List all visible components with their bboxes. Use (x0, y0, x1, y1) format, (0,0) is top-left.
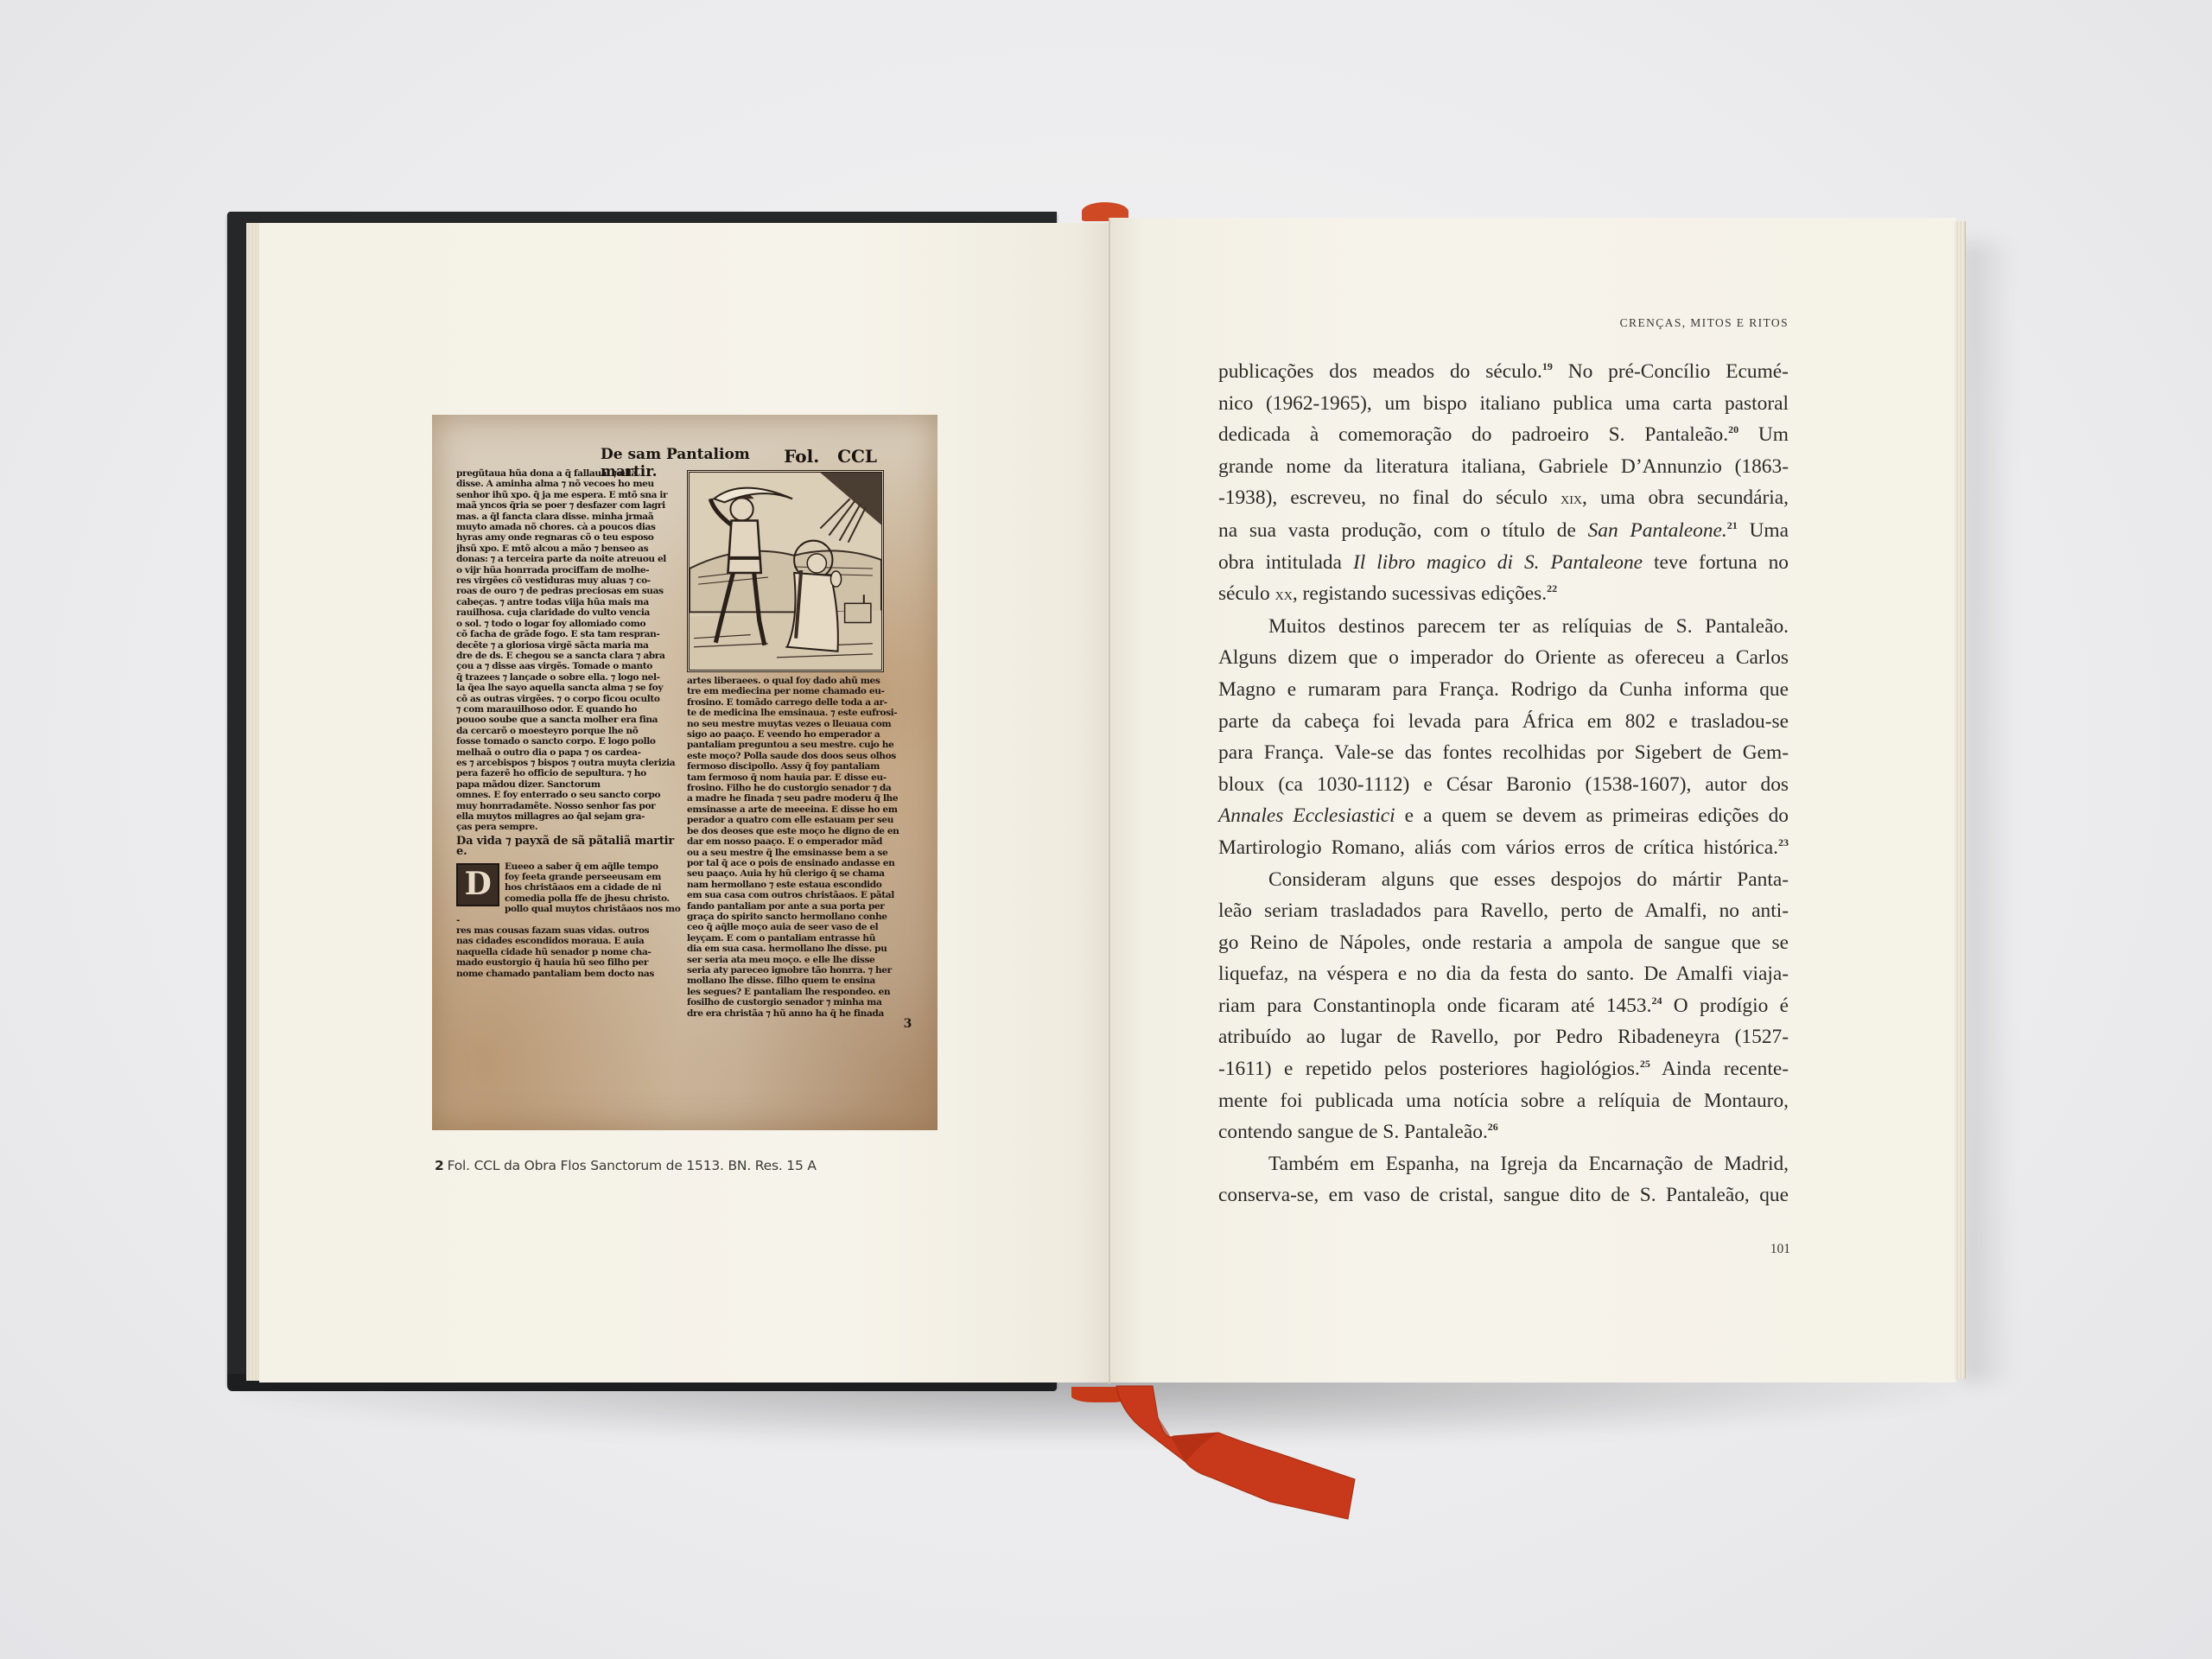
text-line: conserva-se, em vaso de cristal, sangue … (1218, 1179, 1789, 1211)
scan-text-line: pollo qual muytos christãaos nos mo- (456, 904, 683, 925)
text-line: Magno e rumaram para França. Rodrigo da … (1218, 674, 1789, 706)
text-run: contendo sangue de S. Pantaleão. (1218, 1121, 1488, 1143)
scan-text-line: es ⁊ arcebispos ⁊ bispos ⁊ outra muyta c… (456, 758, 683, 768)
text-line: parte da cabeça foi levada para África e… (1218, 706, 1789, 738)
text-run: -1611) e repetido pelos posteriores hagi… (1218, 1058, 1640, 1080)
text-line: Consideram alguns que esses despojos do … (1218, 864, 1789, 896)
scan-text-line: seu paaço. Auia hy hũ clerigo q̃ se cham… (687, 868, 912, 879)
scan-text-line: da cercarõ o moesteyro porque lhe nõ (456, 726, 683, 736)
text-run: Uma (1738, 519, 1789, 542)
text-run: Martirologio Romano, aliás com vários er… (1218, 836, 1778, 859)
scan-text-line: pregũtaua hũa dona a q̃ fallaua. ⁊ ella (456, 468, 683, 479)
scan-text-line: o sol. ⁊ todo o logar foy allomiado como (456, 619, 683, 629)
text-run: O prodígio é (1662, 995, 1789, 1017)
scan-text-line: sigo ao paaço. E veendo ho emperador a (687, 729, 912, 740)
text-line: século xx, registando sucessivas edições… (1218, 578, 1789, 611)
scan-text-line: pouoo soube que a sancta molher era fina (456, 715, 683, 725)
footnote-marker: 26 (1488, 1121, 1498, 1133)
footnote-marker: 21 (1727, 519, 1738, 531)
scan-text-line: nome chamado pantaliam bem docto nas (456, 969, 683, 979)
text-run: teve fortuna no (1643, 551, 1789, 574)
scan-text-line: rauilhosa. cuja claridade do vulto venci… (456, 607, 683, 618)
text-line: para França. Vale-se das fontes recolhid… (1218, 737, 1789, 769)
text-line: mente foi publicada uma notícia sobre a … (1218, 1085, 1789, 1117)
scan-text-line: mado eustorgio q̃ hauia hũ seo filho per (456, 957, 683, 968)
text-run: Magno e rumaram para França. Rodrigo da … (1218, 678, 1789, 701)
scan-text-line: roas de ouro ⁊ de pedras preciosas em su… (456, 586, 683, 596)
page-number: 101 (1763, 1242, 1790, 1257)
paragraph: publicações dos meados do século.19 No p… (1218, 356, 1789, 611)
scan-text-line: frosino. E tomãdo carrego delle toda a a… (687, 697, 912, 708)
scan-text-line: em sua casa com outros christãaos. E pãt… (687, 890, 912, 900)
text-run: nico (1962-1965), um bispo italiano publ… (1218, 392, 1789, 415)
text-run: atribuído ao lugar de Ravello, por Pedro… (1218, 1026, 1789, 1048)
italic-title: Il libro magico di S. Pantaleone (1353, 551, 1643, 574)
scan-text-line: pantaliam preguntou a seu mestre. cujo h… (687, 740, 912, 750)
scan-text-line: a madre he finada ⁊ seu padre moderu q̃ … (687, 793, 912, 804)
scan-text-line: dia em sua casa. hermollano lhe disse. p… (687, 944, 912, 954)
scan-text-line: por tal q̃ ace o pois de ensinado andass… (687, 858, 912, 868)
scan-text-line: muyto amada nõ chores. cà a poucos dias (456, 522, 683, 532)
paragraph: Muitos destinos parecem ter as relíquias… (1218, 611, 1789, 864)
scan-text-line: mollano lhe disse. filho quem te ensina (687, 976, 912, 986)
scan-text-line: maã yncos q̃ria se poer ⁊ desfazer com l… (456, 500, 683, 511)
flos-sanctorum-scan: De sam Pantaliom martir. Fol. CCL pregũt… (432, 415, 938, 1130)
scan-right-lines: artes liberaees. o qual foy dado ahũ mes… (687, 676, 912, 1019)
text-line: contendo sangue de S. Pantaleão.26 (1218, 1116, 1789, 1148)
scan-text-line: muy honrradamẽte. Nosso senhor fas por (456, 801, 683, 811)
text-line: Alguns dizem que o imperador do Oriente … (1218, 642, 1789, 674)
footnote-marker: 23 (1778, 836, 1789, 849)
scan-left-column: pregũtaua hũa dona a q̃ fallaua. ⁊ ellad… (456, 468, 683, 1109)
footnote-marker: 24 (1651, 995, 1662, 1007)
text-line: -1611) e repetido pelos posteriores hagi… (1218, 1053, 1789, 1085)
martyrdom-woodcut-illustration (687, 470, 884, 672)
scan-right-column: artes liberaees. o qual foy dado ahũ mes… (687, 676, 912, 1108)
scan-text-line: cabeças. ⁊ antre todas viija hũa mais ma (456, 597, 683, 607)
text-run: publicações dos meados do século. (1218, 360, 1542, 383)
scan-text-line: nas cidades escondidos moraua. E auia (456, 936, 683, 946)
scan-text-line: ella muytos millagres ao q̃al sejam gra- (456, 811, 683, 822)
scan-text-line: disse. A aminha alma ⁊ nõ vecoes ho meu (456, 479, 683, 489)
scan-text-line: este moço? Polla saude dos doos seus olh… (687, 751, 912, 761)
scan-text-line: o vijr hũa honrrada prociffam de molhe- (456, 565, 683, 575)
scan-text-line: be dos deoses que este moço he digno de … (687, 826, 912, 836)
figure-caption-text: Fol. CCL da Obra Flos Sanctorum de 1513.… (448, 1158, 817, 1173)
text-line: Muitos destinos parecem ter as relíquias… (1218, 611, 1789, 643)
text-run: para França. Vale-se das fontes recolhid… (1218, 741, 1789, 764)
scan-text-line: papa mãdou dizer. Sanctorum (456, 779, 683, 790)
scan-text-line: ser seria ata meu moço. e elle lhe disse (687, 955, 912, 965)
text-line: go Reino de Nápoles, onde restaria a amp… (1218, 927, 1789, 959)
body-text: publicações dos meados do século.19 No p… (1218, 356, 1789, 1211)
photo-scene: De sam Pantaliom martir. Fol. CCL pregũt… (0, 0, 2212, 1659)
scan-text-line: ças pera sempre. (456, 822, 683, 832)
scan-text-line: jhsũ xpo. E mtõ alcou a mão ⁊ benseo as (456, 543, 683, 554)
text-run: conserva-se, em vaso de cristal, sangue … (1218, 1184, 1789, 1206)
scan-text-line: fosilho de custorgio senador ⁊ minha ma (687, 997, 912, 1007)
roman-numeral: xix (1560, 489, 1582, 508)
text-run: go Reino de Nápoles, onde restaria a amp… (1218, 931, 1789, 954)
scan-text-line: tre em mediecina per nome chamado eu- (687, 686, 912, 696)
figure-number: 2 (435, 1158, 444, 1173)
text-run: -1938), escreveu, no final do século (1218, 486, 1560, 509)
text-line: liquefaz, na véspera e no dia da festa d… (1218, 958, 1789, 990)
scan-text-line: graça do spirito sancto hermollano conhe (687, 912, 912, 922)
text-line: Annales Ecclesiastici e a quem se devem … (1218, 800, 1789, 832)
text-run: , uma obra secundária, (1582, 486, 1789, 509)
text-run: Muitos destinos parecem ter as relíquias… (1268, 615, 1789, 638)
italic-title: Annales Ecclesiastici (1218, 804, 1395, 827)
scan-text-line: çou a ⁊ disse aas virgẽs. Tomade o manto (456, 661, 683, 671)
text-line: atribuído ao lugar de Ravello, por Pedro… (1218, 1021, 1789, 1053)
text-run: Ainda recente- (1650, 1058, 1789, 1080)
text-line: riam para Constantinopla onde ficaram at… (1218, 990, 1789, 1022)
scan-text-line: dar em nosso paaço. E o emperador mãd (687, 836, 912, 847)
woodcut-drawing (690, 473, 881, 670)
scan-text-line: dre de ds. E chegou se a sancta clara ⁊ … (456, 651, 683, 661)
scan-text-line: les segues? E pantaliam lhe respondeo. e… (687, 987, 912, 997)
text-line: na sua vasta produção, com o título de S… (1218, 515, 1789, 547)
text-line: dedicada à comemoração do padroeiro S. P… (1218, 419, 1789, 451)
text-run: na sua vasta produção, com o título de (1218, 519, 1588, 542)
scan-text-line: donas: ⁊ a terceira parte da noite atreu… (456, 554, 683, 564)
scan-text-line: te de medicina lhe emsinaua. ⁊ este eufr… (687, 708, 912, 718)
book-side-shadow (1961, 242, 2013, 1382)
text-line: Martirologio Romano, aliás com vários er… (1218, 832, 1789, 864)
roman-numeral: xx (1275, 585, 1293, 604)
scan-text-line: dre era christãa ⁊ hũ anno ha q̃ he fina… (687, 1008, 912, 1019)
text-run: obra intitulada (1218, 551, 1353, 574)
scan-text-line: q̃ trazees ⁊ lançade o sobre ella. ⁊ log… (456, 672, 683, 683)
text-line: nico (1962-1965), um bispo italiano publ… (1218, 388, 1789, 420)
scan-subheading: Da vida ⁊ payxã de sã pãtaliã martire. (456, 836, 683, 858)
text-run: bloux (ca 1030-1112) e César Baronio (15… (1218, 773, 1789, 796)
text-line: -1938), escreveu, no final do século xix… (1218, 482, 1789, 515)
footnote-marker: 20 (1728, 423, 1738, 435)
scan-text-line: cõ as outras virgẽes. ⁊ o corpo ficou oc… (456, 694, 683, 704)
scan-text-line: leyçam. E com o pantaliam entrasse hũ (687, 933, 912, 944)
text-line: bloux (ca 1030-1112) e César Baronio (15… (1218, 769, 1789, 801)
text-run: leão seriam trasladados para Ravello, pe… (1218, 899, 1789, 922)
scan-text-line: hyras amy onde regnaras cõ o teu esposo (456, 532, 683, 543)
text-line: leão seriam trasladados para Ravello, pe… (1218, 895, 1789, 927)
text-run: mente foi publicada uma notícia sobre a … (1218, 1090, 1789, 1112)
scan-text-line: senhor ihũ xpo. q̃ ja me espera. E mtõ s… (456, 490, 683, 500)
scan-text-line: no seu mestre muytas vezes o lleuaua com (687, 719, 912, 729)
scan-text-line: melhaã o outro dia o papa ⁊ os cardea- (456, 747, 683, 758)
text-line: Também em Espanha, na Igreja da Encarnaç… (1218, 1148, 1789, 1180)
scan-text-line: emsinasse a arte de meeeina. E disse ho … (687, 804, 912, 815)
text-line: publicações dos meados do século.19 No p… (1218, 356, 1789, 388)
book-gutter (1109, 218, 1110, 1384)
scan-text-line: frosino. Filho he do custorgio senador ⁊… (687, 783, 912, 793)
text-run: No pré-Concílio Ecumé- (1553, 360, 1789, 383)
text-run: Alguns dizem que o imperador do Oriente … (1218, 646, 1789, 669)
scan-text-line: ⁊ com marauilhoso odor. E quando ho (456, 704, 683, 715)
scan-folio-label: Fol. (784, 446, 819, 467)
text-run: Também em Espanha, na Igreja da Encarnaç… (1268, 1153, 1789, 1175)
footnote-marker: 25 (1640, 1058, 1650, 1070)
figure-caption: 2Fol. CCL da Obra Flos Sanctorum de 1513… (435, 1158, 817, 1173)
scan-text-line: tam fermoso q̃ nom hauia par. E disse eu… (687, 772, 912, 783)
italic-title: San Pantaleone. (1588, 519, 1727, 542)
scan-text-line: ceo q̃ aq̃lle moço auia de seer vaso de … (687, 922, 912, 932)
text-run: liquefaz, na véspera e no dia da festa d… (1218, 963, 1789, 985)
scan-text-line: fosse tomado o sancto corpo. E logo poll… (456, 736, 683, 747)
scan-signature-mark: 3 (687, 1019, 912, 1029)
scan-text-line: artes liberaees. o qual foy dado ahũ mes (687, 676, 912, 686)
bookmark-ribbon (1115, 1382, 1374, 1538)
text-run: dedicada à comemoração do padroeiro S. P… (1218, 423, 1728, 446)
text-run: e a quem se devem as primeiras edições d… (1395, 804, 1789, 827)
scan-text-line: nam hermollano ⁊ este estaua escondido (687, 880, 912, 890)
footnote-marker: 22 (1547, 582, 1557, 594)
scan-text-line: fermoso discipollo. Assy q̃ foy pantalia… (687, 761, 912, 772)
text-run: século (1218, 582, 1275, 605)
scan-text-line: pera fazerẽ ho officio de sepultura. ⁊ h… (456, 768, 683, 779)
illuminated-initial: D (456, 863, 499, 906)
text-line: grande nome da literatura italiana, Gabr… (1218, 451, 1789, 483)
paragraph: Também em Espanha, na Igreja da Encarnaç… (1218, 1148, 1789, 1211)
scan-text-line: mas. a q̃l fancta clara disse. minha jrm… (456, 512, 683, 522)
scan-text-line: omnes. E foy enterrado o seu sancto corp… (456, 790, 683, 800)
scan-text-line: perador a quatro com elle estauam per se… (687, 815, 912, 825)
paragraph: Consideram alguns que esses despojos do … (1218, 864, 1789, 1148)
scan-text-line: naquella cidade hũ senador p nome cha- (456, 947, 683, 957)
footnote-marker: 19 (1542, 360, 1553, 372)
scan-text-line: res virgẽes cõ vestiduras muy aluas ⁊ co… (456, 575, 683, 586)
text-run: riam para Constantinopla onde ficaram at… (1218, 995, 1651, 1017)
running-head: Crenças, mitos e ritos (1616, 316, 1789, 330)
scan-text-line: ou a seu mestre q̃ lhe emsinasse bem a s… (687, 848, 912, 858)
right-page-stack (1955, 221, 1966, 1379)
text-run: , registando sucessivas edições. (1293, 582, 1547, 605)
scan-text-line: fando pantaliam por ante a sua porta per (687, 901, 912, 912)
scan-text-line: decẽte ⁊ a gloriosa virgẽ sãcta maria ma (456, 640, 683, 651)
text-run: grande nome da literatura italiana, Gabr… (1218, 455, 1789, 478)
scan-text-line: seria aty pareceo ignobre tão honrra. ⁊ … (687, 965, 912, 976)
text-run: parte da cabeça foi levada para África e… (1218, 710, 1789, 733)
text-run: Consideram alguns que esses despojos do … (1268, 868, 1789, 891)
scan-text-line: cõ facha de grãde fogo. E sta tam respra… (456, 629, 683, 639)
scan-text-line: res mas cousas fazam suas vidas. outros (456, 925, 683, 936)
scan-left-lines: pregũtaua hũa dona a q̃ fallaua. ⁊ ellad… (456, 468, 683, 833)
text-line: obra intitulada Il libro magico di S. Pa… (1218, 547, 1789, 579)
scan-folio-number: CCL (837, 446, 877, 467)
text-run: Um (1738, 423, 1789, 446)
scan-text-line: la q̃ea lhe sayo aquella sancta alma ⁊ s… (456, 683, 683, 693)
